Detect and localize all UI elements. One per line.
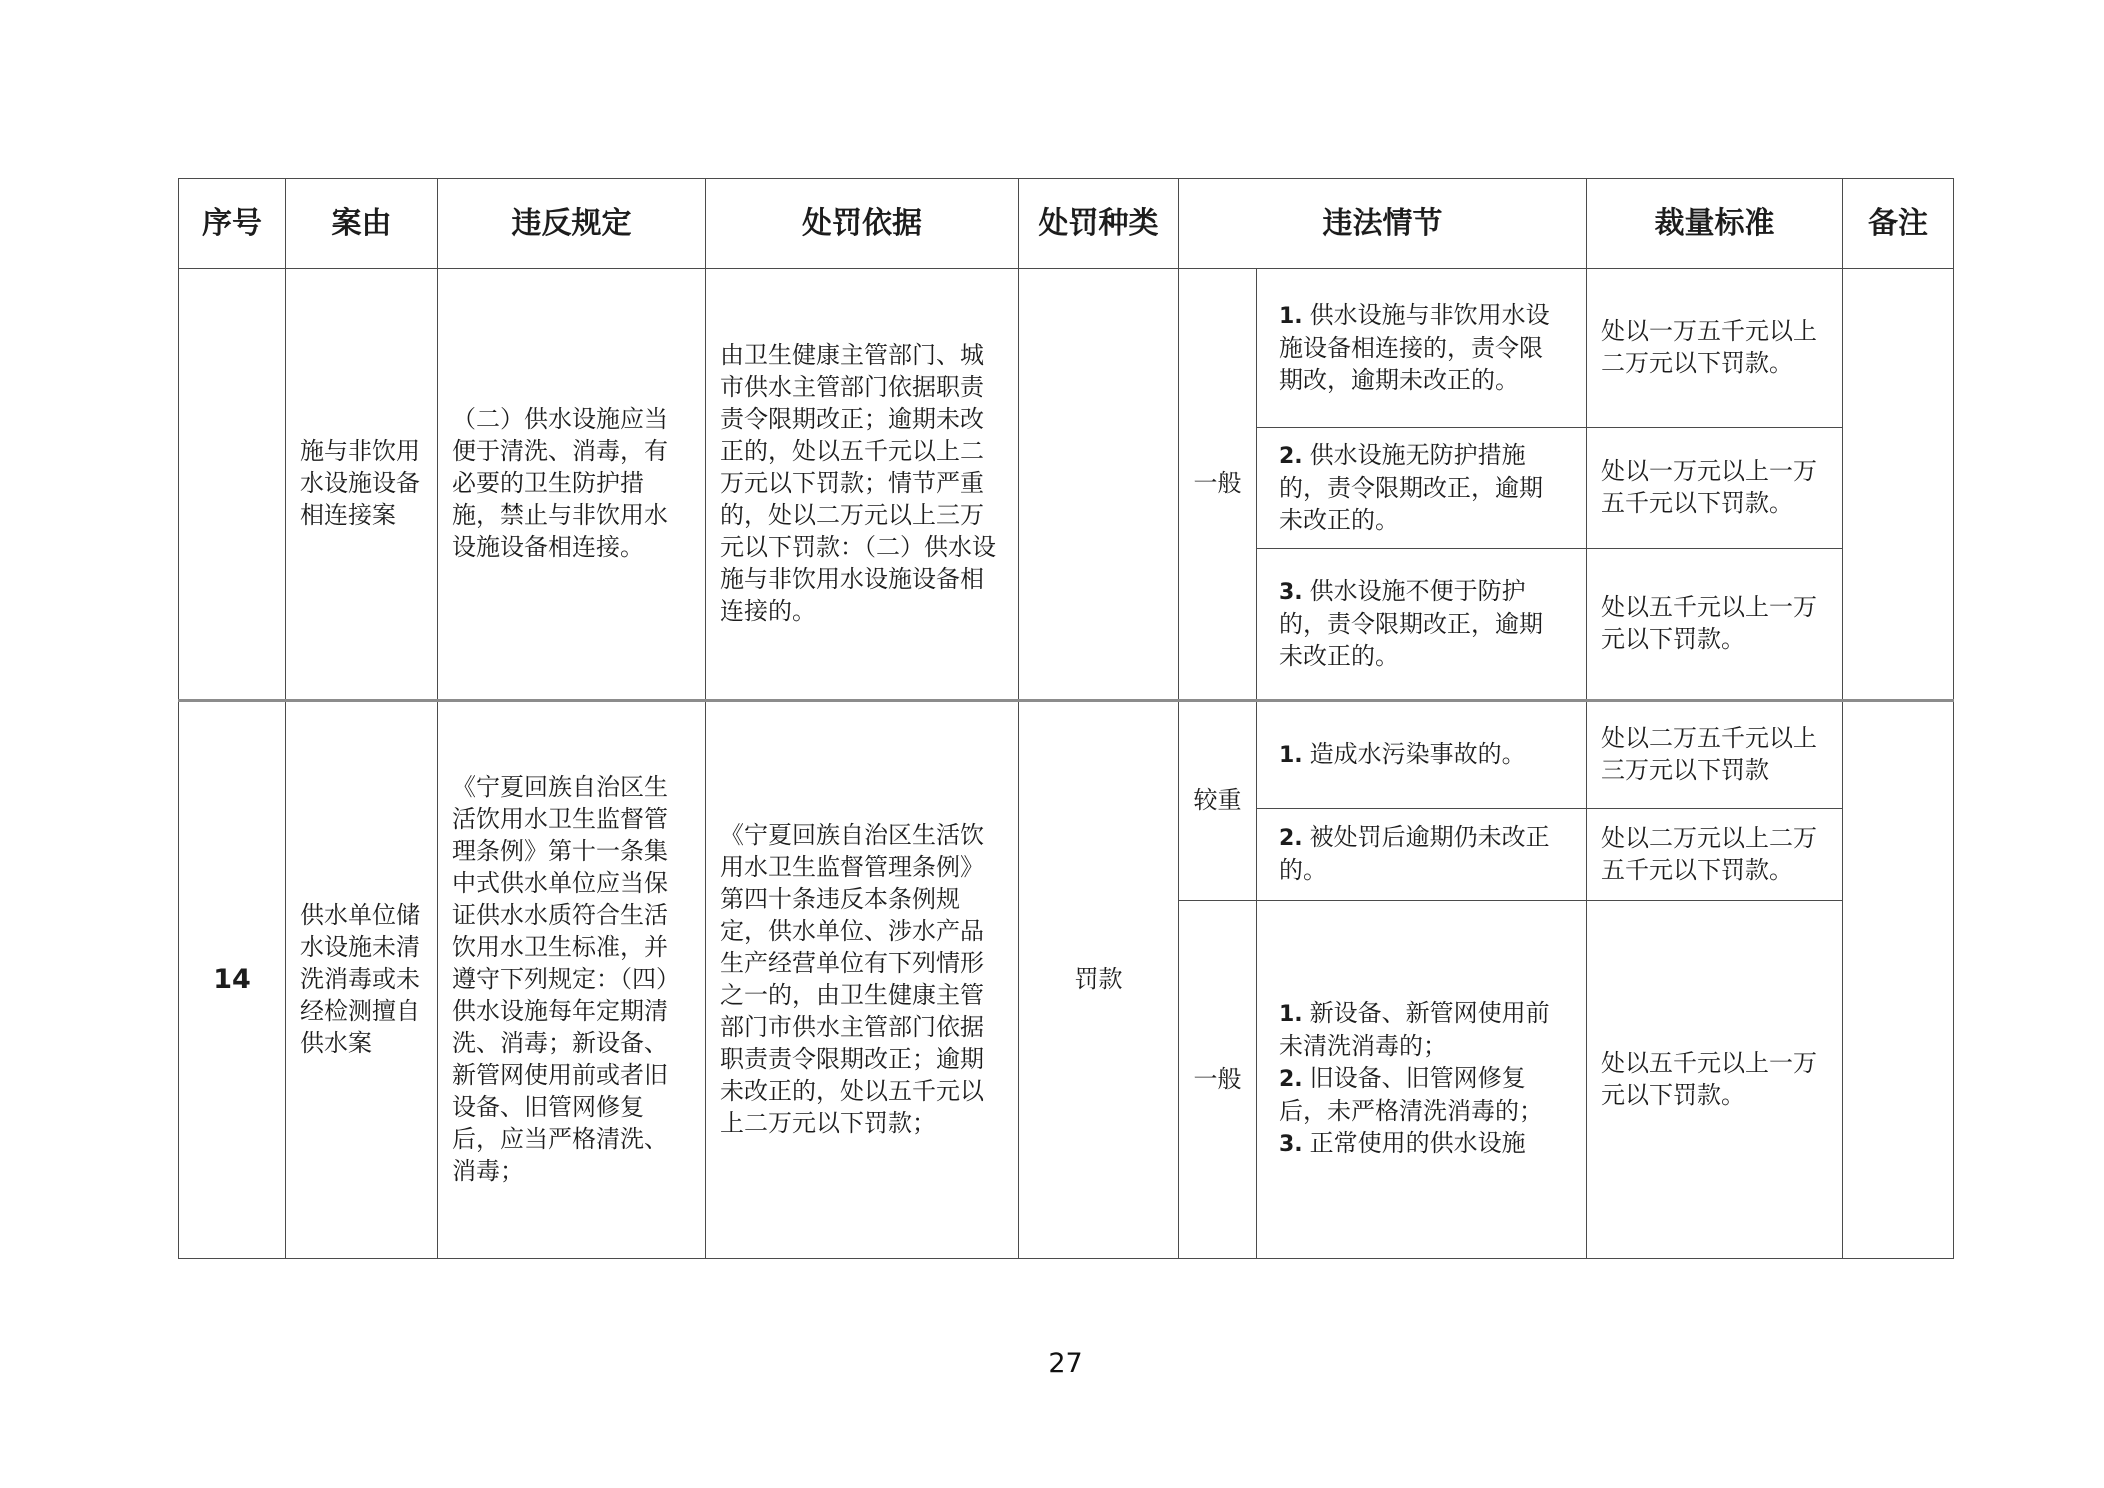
- page-number: 27: [178, 1348, 1953, 1379]
- row2-severe-standard-2: 处以二万元以上二万五千元以下罚款。: [1587, 809, 1843, 901]
- row2-penalty-type-cell: 罚款: [1019, 701, 1179, 1259]
- item-text: 新设备、新管网使用前未清洗消毒的；: [1279, 1001, 1550, 1060]
- item-number: 2.: [1279, 444, 1303, 469]
- item-text: 旧设备、旧管网修复后，未严格清洗消毒的；: [1279, 1066, 1543, 1125]
- row2-general-circumstances-cell: 1.新设备、新管网使用前未清洗消毒的； 2.旧设备、旧管网修复后，未严格清洗消毒…: [1257, 901, 1587, 1259]
- row2-violation-cell: 《宁夏回族自治区生活饮用水卫生监督管理条例》第十一条集中式供水单位应当保证供水水…: [438, 701, 706, 1259]
- item-number: 1.: [1279, 743, 1303, 768]
- row2-severe-circumstance-2: 2.被处罚后逾期仍未改正的。: [1257, 809, 1587, 901]
- item-text: 供水设施不便于防护的，责令限期改正，逾期未改正的。: [1279, 579, 1543, 670]
- header-penalty-type: 处罚种类: [1019, 179, 1179, 269]
- document-page: 序号 案由 违反规定 处罚依据 处罚种类 违法情节 裁量标准 备注 施与非饮用水…: [0, 0, 2104, 1488]
- row2-general-standard-cell: 处以五千元以上一万元以下罚款。: [1587, 901, 1843, 1259]
- row1-standard-3: 处以五千元以上一万元以下罚款。: [1587, 549, 1843, 701]
- item-number: 3.: [1279, 1132, 1303, 1157]
- row2-severe-circumstance-1: 1.造成水污染事故的。: [1257, 701, 1587, 809]
- row1-cause-cell: 施与非饮用水设施设备相连接案: [286, 269, 438, 701]
- header-no: 序号: [179, 179, 286, 269]
- header-circumstances: 违法情节: [1179, 179, 1587, 269]
- item-number: 2.: [1279, 1067, 1303, 1092]
- row1-remark-cell: [1843, 269, 1954, 701]
- item-number: 1.: [1279, 304, 1303, 329]
- header-basis: 处罚依据: [706, 179, 1019, 269]
- row2-cause-cell: 供水单位储水设施未清洗消毒或未经检测擅自供水案: [286, 701, 438, 1259]
- row2-no-cell: 14: [179, 701, 286, 1259]
- penalty-table: 序号 案由 违反规定 处罚依据 处罚种类 违法情节 裁量标准 备注 施与非饮用水…: [178, 178, 1954, 1259]
- item-text: 被处罚后逾期仍未改正的。: [1279, 825, 1550, 884]
- item-number: 3.: [1279, 580, 1303, 605]
- item-text: 供水设施与非饮用水设施设备相连接的，责令限期改，逾期未改正的。: [1279, 303, 1550, 394]
- row1-violation-cell: （二）供水设施应当便于清洗、消毒，有必要的卫生防护措施，禁止与非饮用水设施设备相…: [438, 269, 706, 701]
- row2-basis-cell: 《宁夏回族自治区生活饮用水卫生监督管理条例》第四十条违反本条例规定，供水单位、涉…: [706, 701, 1019, 1259]
- table-header-row: 序号 案由 违反规定 处罚依据 处罚种类 违法情节 裁量标准 备注: [179, 179, 1954, 269]
- row1-circumstance-2: 2.供水设施无防护措施的，责令限期改正，逾期未改正的。: [1257, 428, 1587, 549]
- row1-severity-cell: 一般: [1179, 269, 1257, 701]
- row2-remark-cell: [1843, 701, 1954, 1259]
- circumstance-line: 3.正常使用的供水设施: [1279, 1128, 1564, 1161]
- row1-circumstance-3: 3.供水设施不便于防护的，责令限期改正，逾期未改正的。: [1257, 549, 1587, 701]
- header-violation: 违反规定: [438, 179, 706, 269]
- item-number: 1.: [1279, 1002, 1303, 1027]
- circumstance-line: 2.旧设备、旧管网修复后，未严格清洗消毒的；: [1279, 1063, 1564, 1128]
- row1-no-cell: [179, 269, 286, 701]
- row1-standard-1: 处以一万五千元以上二万元以下罚款。: [1587, 269, 1843, 428]
- table-row: 14 供水单位储水设施未清洗消毒或未经检测擅自供水案 《宁夏回族自治区生活饮用水…: [179, 701, 1954, 809]
- row2-severity-general-cell: 一般: [1179, 901, 1257, 1259]
- header-standard: 裁量标准: [1587, 179, 1843, 269]
- row1-circumstance-1: 1.供水设施与非饮用水设施设备相连接的，责令限期改，逾期未改正的。: [1257, 269, 1587, 428]
- item-text: 造成水污染事故的。: [1310, 742, 1526, 768]
- circumstance-line: 1.新设备、新管网使用前未清洗消毒的；: [1279, 998, 1564, 1063]
- item-text: 正常使用的供水设施: [1310, 1131, 1526, 1157]
- header-remark: 备注: [1843, 179, 1954, 269]
- item-text: 供水设施无防护措施的，责令限期改正，逾期未改正的。: [1279, 443, 1543, 534]
- row1-penalty-type-cell: [1019, 269, 1179, 701]
- row1-standard-2: 处以一万元以上一万五千元以下罚款。: [1587, 428, 1843, 549]
- row2-severe-standard-1: 处以二万五千元以上三万元以下罚款: [1587, 701, 1843, 809]
- row2-severity-severe-cell: 较重: [1179, 701, 1257, 901]
- row1-basis-cell: 由卫生健康主管部门、城市供水主管部门依据职责责令限期改正；逾期未改正的，处以五千…: [706, 269, 1019, 701]
- table-row: 施与非饮用水设施设备相连接案 （二）供水设施应当便于清洗、消毒，有必要的卫生防护…: [179, 269, 1954, 428]
- header-cause: 案由: [286, 179, 438, 269]
- item-number: 2.: [1279, 826, 1303, 851]
